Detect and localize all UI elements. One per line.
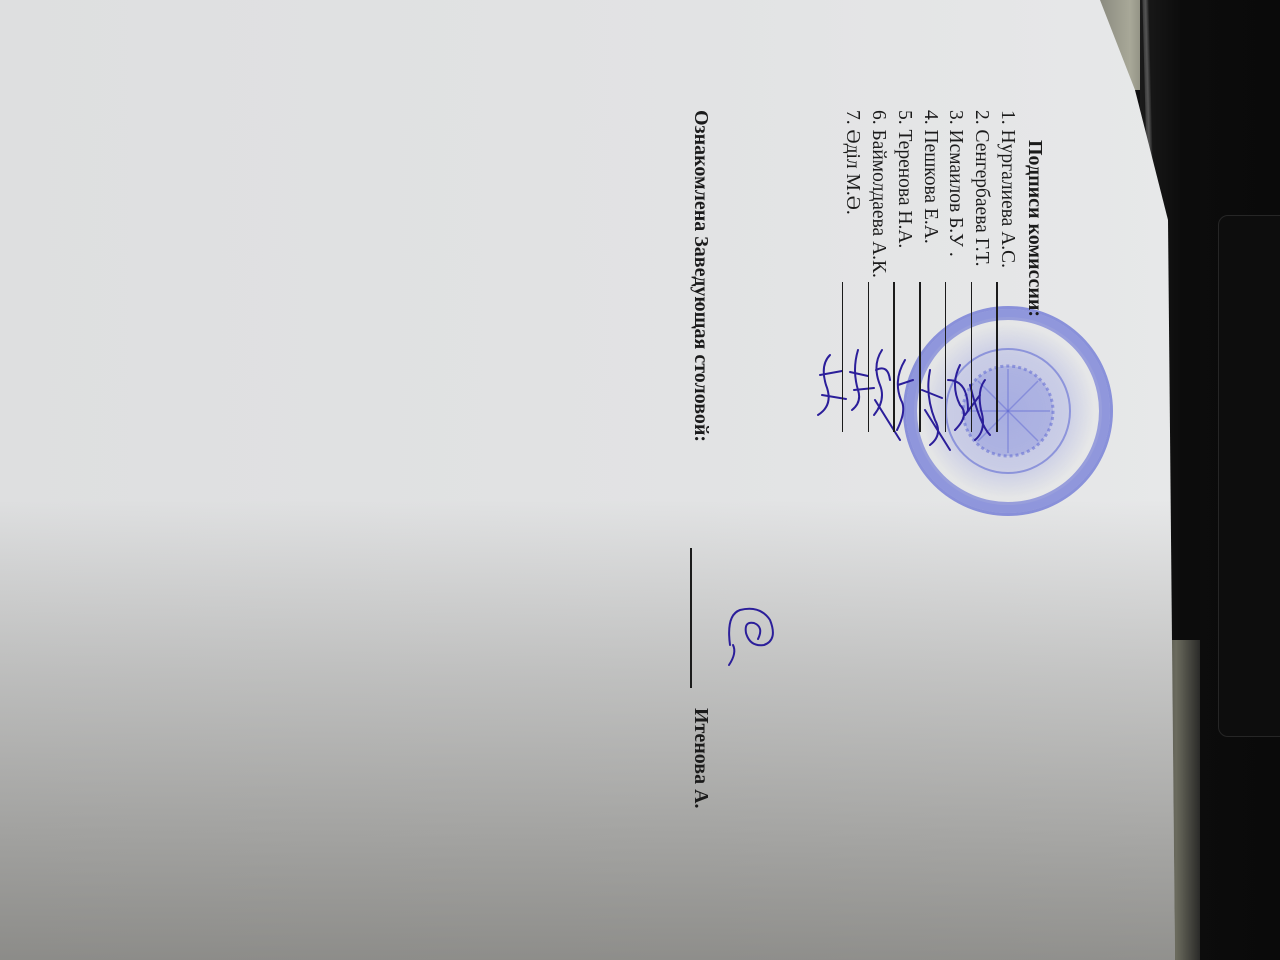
signature-line	[893, 282, 895, 432]
signature-line	[919, 282, 921, 432]
document-title: Подписи комиссии:	[1023, 140, 1046, 317]
member-name: 7. Әділ М.Ә.	[841, 110, 863, 215]
acknowledgement-label: Ознакомлена Заведующая столовой:	[689, 110, 712, 442]
member-name: 6. Баймолдаева А.К.	[867, 110, 889, 278]
signature-line	[945, 282, 947, 432]
member-signatures	[810, 290, 1010, 470]
signature-line	[868, 282, 870, 432]
signature-line	[971, 282, 973, 432]
member-name: 4. Пешкова Е.А.	[919, 110, 941, 244]
head-signature	[725, 590, 785, 680]
signature-line	[997, 282, 999, 432]
signature-line	[842, 282, 844, 432]
member-name: 3. Исмаилов Б.У .	[944, 110, 966, 257]
acknowledging-person: Итенова А.	[689, 708, 712, 809]
member-name: 5. Теренова Н.А.	[893, 110, 915, 248]
member-name: 2. Сенгербаева Г.Т.	[970, 110, 992, 266]
laptop-trackpad	[1218, 215, 1280, 737]
signature-line	[691, 548, 693, 688]
member-name: 1. Нургалиева А.С.	[996, 110, 1018, 268]
